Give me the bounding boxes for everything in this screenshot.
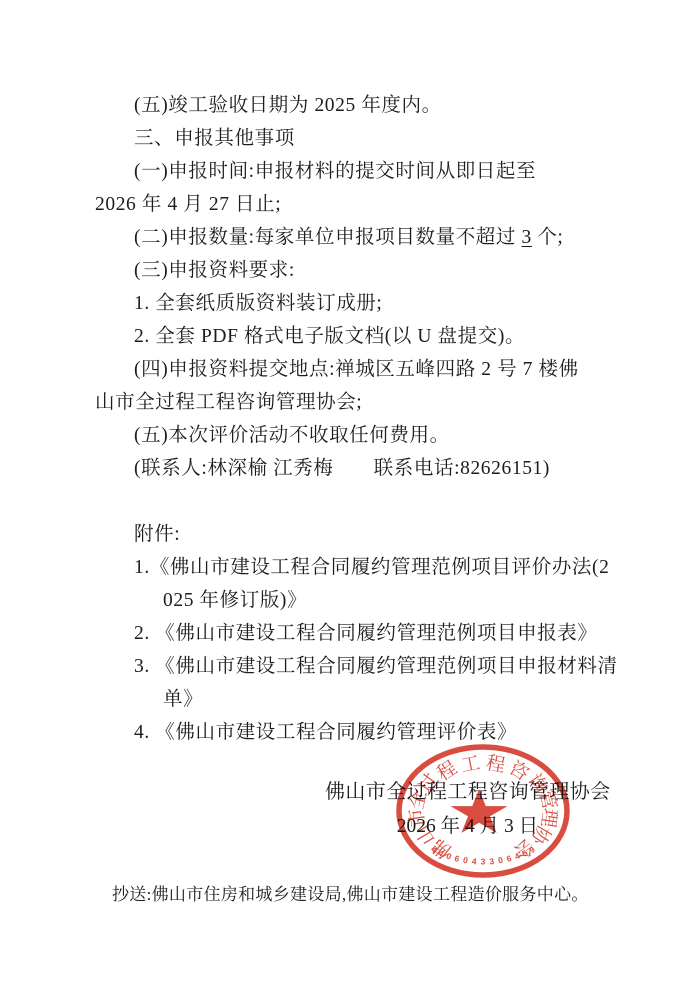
document-line: 1. 全套纸质版资料装订成册; [95, 287, 655, 320]
document-line: (一)申报时间:申报材料的提交时间从即日起至 [95, 155, 655, 188]
document-line: 2026 年 4 月 27 日止; [95, 188, 655, 221]
seal-code-digit: 4 [429, 844, 439, 855]
seal-code-digit: 4 [436, 848, 446, 859]
seal-code-digit: 6 [505, 853, 513, 864]
seal-code-digit: 3 [481, 857, 486, 867]
signature-organization: 佛山市全过程工程咨询管理协会 [325, 779, 610, 805]
document-line: 三、申报其他事项 [95, 122, 655, 155]
seal-code-digit: 0 [445, 851, 454, 862]
seal-code-digit: 9 [527, 844, 537, 855]
document-line: (三)申报资料要求: [95, 254, 655, 287]
document-line: 1.《佛山市建设工程合同履约管理范例项目评价办法(2 [95, 551, 655, 584]
document-line: 2. 全套 PDF 格式电子版文档(以 U 盘提交)。 [95, 320, 655, 353]
underlined-value: 3 [521, 227, 531, 248]
seal-code-digit: 4 [471, 856, 477, 867]
document-line: (二)申报数量:每家单位申报项目数量不超过 3 个; [95, 221, 655, 254]
seal-arc-char: 工 [459, 753, 482, 777]
seal-code-digit: 3 [489, 856, 495, 867]
document-body: (五)竣工验收日期为 2025 年度内。三、申报其他事项(一)申报时间:申报材料… [95, 89, 655, 749]
seal-code-digit: 6 [453, 853, 461, 864]
document-line: (联系人:林深榆 江秀梅 联系电话:82626151) [95, 452, 655, 485]
document-line: 3. 《佛山市建设工程合同履约管理范例项目申报材料清 [95, 650, 655, 683]
document-line [95, 485, 655, 518]
signature-date: 2026 年 4 月 3 日 [325, 814, 610, 840]
document-line: 单》 [95, 683, 655, 716]
official-seal-graphic: 佛山市全过程工程咨询管理协会4406043306459 [394, 742, 572, 880]
cc-note: 抄送:佛山市住房和城乡建设局,佛山市建设工程造价服务中心。 [112, 883, 589, 907]
seal-code-digit: 5 [520, 848, 530, 859]
document-line: (五)竣工验收日期为 2025 年度内。 [95, 89, 655, 122]
seal-arc-char: 程 [484, 752, 507, 777]
document-line: 附件: [95, 518, 655, 551]
document-line: 山市全过程工程咨询管理协会; [95, 386, 655, 419]
document-line: (四)申报资料提交地点:禅城区五峰四路 2 号 7 楼佛 [95, 353, 655, 386]
document-line: 2. 《佛山市建设工程合同履约管理范例项目申报表》 [95, 617, 655, 650]
document-line: (五)本次评价活动不收取任何费用。 [95, 419, 655, 452]
document-line: 4. 《佛山市建设工程合同履约管理评价表》 [95, 716, 655, 749]
document-page: (五)竣工验收日期为 2025 年度内。三、申报其他事项(一)申报时间:申报材料… [0, 0, 700, 990]
official-seal: 佛山市全过程工程咨询管理协会4406043306459 [394, 742, 572, 880]
seal-ring [399, 747, 567, 875]
seal-code-digit: 0 [462, 855, 469, 866]
document-line: 025 年修订版)》 [95, 584, 655, 617]
seal-code-digit: 4 [513, 850, 522, 861]
seal-code-digit: 0 [497, 855, 504, 866]
